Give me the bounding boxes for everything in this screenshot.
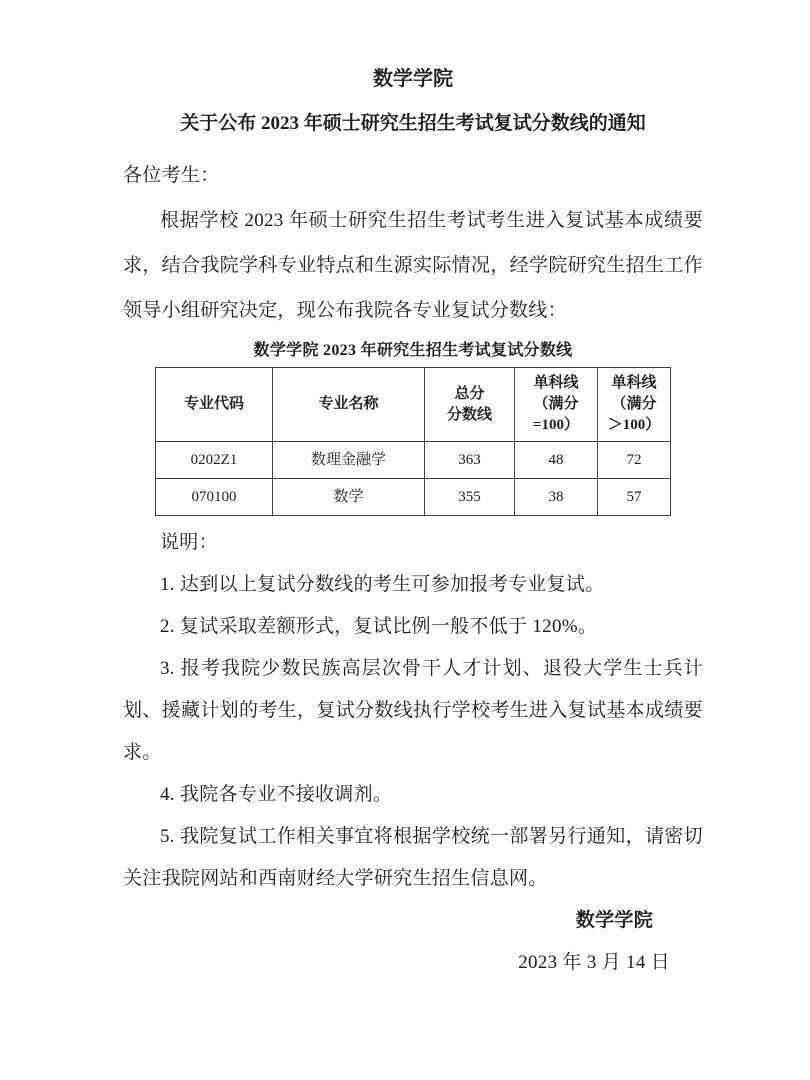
header-cell-single-subject-100: 单科线 （满分 =100） — [515, 368, 598, 442]
table-cell-single-100: 38 — [515, 479, 598, 516]
note-item-1: 1. 达到以上复试分数线的考生可参加报考专业复试。 — [123, 564, 703, 606]
score-table: 专业代码 专业名称 总分 分数线 单科线 （满分 =100） 单科线 （满分 ＞… — [155, 367, 671, 516]
table-row: 0202Z1 数理金融学 363 48 72 — [156, 442, 671, 479]
table-cell-single-over-100: 57 — [598, 479, 671, 516]
note-item-5: 5. 我院复试工作相关事宜将根据学校统一部署另行通知，请密切关注我院网站和西南财… — [123, 816, 703, 900]
note-item-3: 3. 报考我院少数民族高层次骨干人才计划、退役大学生士兵计划、援藏计划的考生，复… — [123, 648, 703, 774]
table-cell-total-score: 363 — [425, 442, 515, 479]
notes-heading: 说明： — [123, 522, 703, 564]
header-cell-total-score-line: 总分 分数线 — [425, 368, 515, 442]
note-item-2: 2. 复试采取差额形式，复试比例一般不低于 120%。 — [123, 606, 703, 648]
body-text: 各位考生： 根据学校 2023 年硕士研究生招生考试考生进入复试基本成绩要求，结… — [123, 153, 703, 333]
table-header-row: 专业代码 专业名称 总分 分数线 单科线 （满分 =100） 单科线 （满分 ＞… — [156, 368, 671, 442]
notes-section: 说明： 1. 达到以上复试分数线的考生可参加报考专业复试。 2. 复试采取差额形… — [123, 522, 703, 900]
table-cell-major-code: 070100 — [156, 479, 273, 516]
salutation: 各位考生： — [123, 153, 703, 198]
table-cell-single-100: 48 — [515, 442, 598, 479]
document-page: 数学学院 关于公布 2023 年硕士研究生招生考试复试分数线的通知 各位考生： … — [0, 0, 810, 1080]
signature: 数学学院 — [123, 900, 703, 942]
table-cell-major-name: 数学 — [273, 479, 425, 516]
table-cell-major-code: 0202Z1 — [156, 442, 273, 479]
table-cell-major-name: 数理金融学 — [273, 442, 425, 479]
table-cell-single-over-100: 72 — [598, 442, 671, 479]
note-item-4: 4. 我院各专业不接收调剂。 — [123, 774, 703, 816]
signature-date: 2023 年 3 月 14 日 — [123, 942, 703, 984]
signature-block: 数学学院 2023 年 3 月 14 日 — [123, 900, 703, 984]
table-cell-total-score: 355 — [425, 479, 515, 516]
org-title: 数学学院 — [123, 64, 703, 94]
header-cell-single-subject-over-100: 单科线 （满分 ＞100） — [598, 368, 671, 442]
score-table-title: 数学学院 2023 年研究生招生考试复试分数线 — [123, 339, 703, 363]
header-cell-major-name: 专业名称 — [273, 368, 425, 442]
header-cell-major-code: 专业代码 — [156, 368, 273, 442]
intro-paragraph: 根据学校 2023 年硕士研究生招生考试考生进入复试基本成绩要求，结合我院学科专… — [123, 198, 703, 333]
table-row: 070100 数学 355 38 57 — [156, 479, 671, 516]
notice-title: 关于公布 2023 年硕士研究生招生考试复试分数线的通知 — [123, 109, 703, 139]
